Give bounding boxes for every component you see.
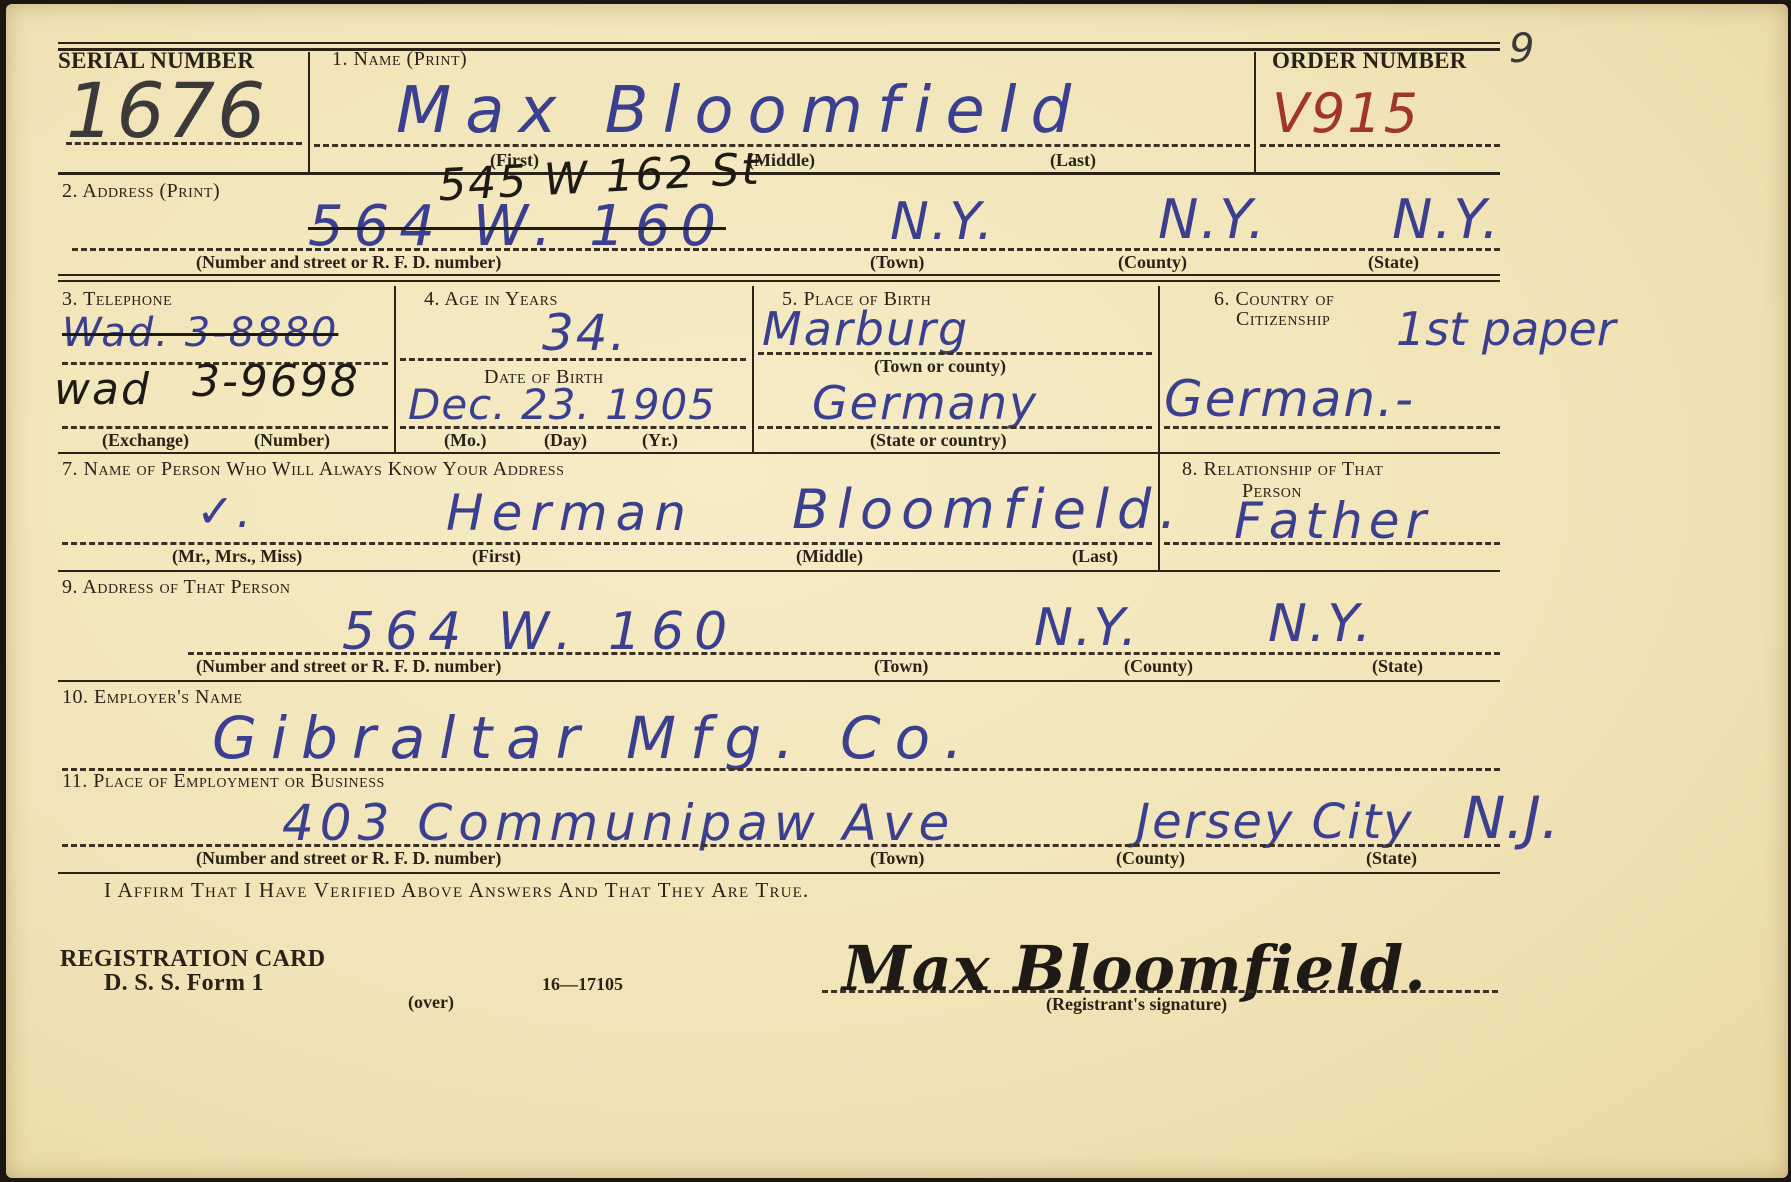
birth-country-line <box>758 426 1152 429</box>
registration-card: 9 SERIAL NUMBER 1676 1. Name (Print) Max… <box>6 4 1788 1178</box>
serial-number-line <box>66 142 302 145</box>
employment-street-sublabel: (Number and street or R. F. D. number) <box>196 848 501 869</box>
over-note: (over) <box>408 992 454 1013</box>
contact-first-sublabel: (First) <box>472 546 521 567</box>
rule <box>58 280 1500 282</box>
dob-year-sublabel: (Yr.) <box>642 430 678 451</box>
address-line <box>72 248 1500 251</box>
contact-title-mark: ✓. <box>196 484 253 538</box>
citizenship-label-2: Citizenship <box>1236 308 1330 331</box>
address-town: N.Y. <box>890 192 995 252</box>
name-last-sublabel: (Last) <box>1050 150 1096 171</box>
contact-address-line <box>188 652 1500 655</box>
birth-town-line <box>758 352 1152 355</box>
dob-day-sublabel: (Day) <box>544 430 587 451</box>
divider <box>752 286 754 452</box>
address-county-sublabel: (County) <box>1118 252 1187 273</box>
contact-county-sublabel: (County) <box>1124 656 1193 677</box>
dob-line <box>400 426 746 429</box>
rule <box>58 680 1500 682</box>
birth-town: Marburg <box>762 302 969 356</box>
contact-address-state: N.Y. <box>1268 594 1373 654</box>
form-id: D. S. S. Form 1 <box>104 970 264 997</box>
telephone-number-sublabel: (Number) <box>254 430 330 451</box>
divider <box>394 286 396 452</box>
signature-sublabel: (Registrant's signature) <box>1046 994 1227 1015</box>
relationship-label-1: 8. Relationship of That <box>1182 458 1383 481</box>
contact-town-sublabel: (Town) <box>874 656 928 677</box>
telephone-crossed: Wad. 3-8880 <box>62 310 338 356</box>
citizenship-annotation: 1st paper <box>1396 302 1616 356</box>
age-label: 4. Age in Years <box>424 288 558 311</box>
address-town-sublabel: (Town) <box>870 252 924 273</box>
citizenship-value: German.- <box>1164 370 1415 428</box>
employment-county-sublabel: (County) <box>1116 848 1185 869</box>
order-number-value: V915 <box>1272 82 1420 145</box>
rule <box>58 872 1500 874</box>
address-county: N.Y. <box>1158 188 1267 251</box>
age-value: 34. <box>542 304 628 362</box>
divider <box>1254 52 1256 172</box>
employment-line <box>62 844 1500 847</box>
birth-country: Germany <box>812 376 1038 430</box>
birth-country-sublabel: (State or country) <box>870 430 1007 451</box>
rule <box>58 274 1500 276</box>
contact-last-sublabel: (Last) <box>1072 546 1118 567</box>
name-line <box>314 144 1250 147</box>
print-code: 16—17105 <box>542 974 623 995</box>
signature-line <box>822 990 1498 993</box>
rule <box>58 452 1500 454</box>
telephone-number: 3-9698 <box>192 356 360 407</box>
relationship-line <box>1164 542 1500 545</box>
divider <box>308 52 310 172</box>
order-number-line <box>1260 144 1500 147</box>
dob-value: Dec. 23. 1905 <box>408 380 716 429</box>
contact-middle-sublabel: (Middle) <box>796 546 863 567</box>
contact-first-name: Herman <box>446 484 694 542</box>
employer-value: Gibraltar Mfg. Co. <box>212 704 977 772</box>
telephone-label: 3. Telephone <box>62 288 172 311</box>
contact-address-label: 9. Address of That Person <box>62 576 291 599</box>
telephone-exchange: wad <box>54 364 151 415</box>
contact-state-sublabel: (State) <box>1372 656 1423 677</box>
citizenship-line <box>1164 426 1500 429</box>
telephone-exchange-sublabel: (Exchange) <box>102 430 189 451</box>
order-number-label: ORDER NUMBER <box>1272 48 1467 74</box>
name-value: Max Bloomfield <box>396 74 1085 148</box>
address-state-sublabel: (State) <box>1368 252 1419 273</box>
contact-title-sublabel: (Mr., Mrs., Miss) <box>172 546 302 567</box>
address-label: 2. Address (Print) <box>62 180 220 203</box>
employment-town-sublabel: (Town) <box>870 848 924 869</box>
contact-street-sublabel: (Number and street or R. F. D. number) <box>196 656 501 677</box>
rule <box>58 570 1500 572</box>
telephone-line-2 <box>62 426 388 429</box>
address-street-sublabel: (Number and street or R. F. D. number) <box>196 252 501 273</box>
employment-state-sublabel: (State) <box>1366 848 1417 869</box>
employment-state: N.J. <box>1462 784 1559 852</box>
employment-town: Jersey City <box>1136 794 1414 850</box>
contact-address-county: N.Y. <box>1034 598 1139 658</box>
affirmation-text: I Affirm That I Have Verified Above Answ… <box>104 878 810 903</box>
form-title: REGISTRATION CARD <box>60 946 325 973</box>
name-label: 1. Name (Print) <box>332 48 467 71</box>
place-of-employment-label: 11. Place of Employment or Business <box>62 770 385 793</box>
corner-mark: 9 <box>1509 26 1536 72</box>
contact-last-name: Bloomfield. <box>792 478 1184 541</box>
top-rule <box>58 42 1500 44</box>
contact-name-line <box>62 542 1152 545</box>
birth-town-sublabel: (Town or county) <box>874 356 1006 377</box>
dob-month-sublabel: (Mo.) <box>444 430 486 451</box>
age-line <box>400 358 746 361</box>
rule <box>58 172 1500 175</box>
address-state: N.Y. <box>1392 188 1501 251</box>
contact-person-label: 7. Name of Person Who Will Always Know Y… <box>62 458 564 481</box>
